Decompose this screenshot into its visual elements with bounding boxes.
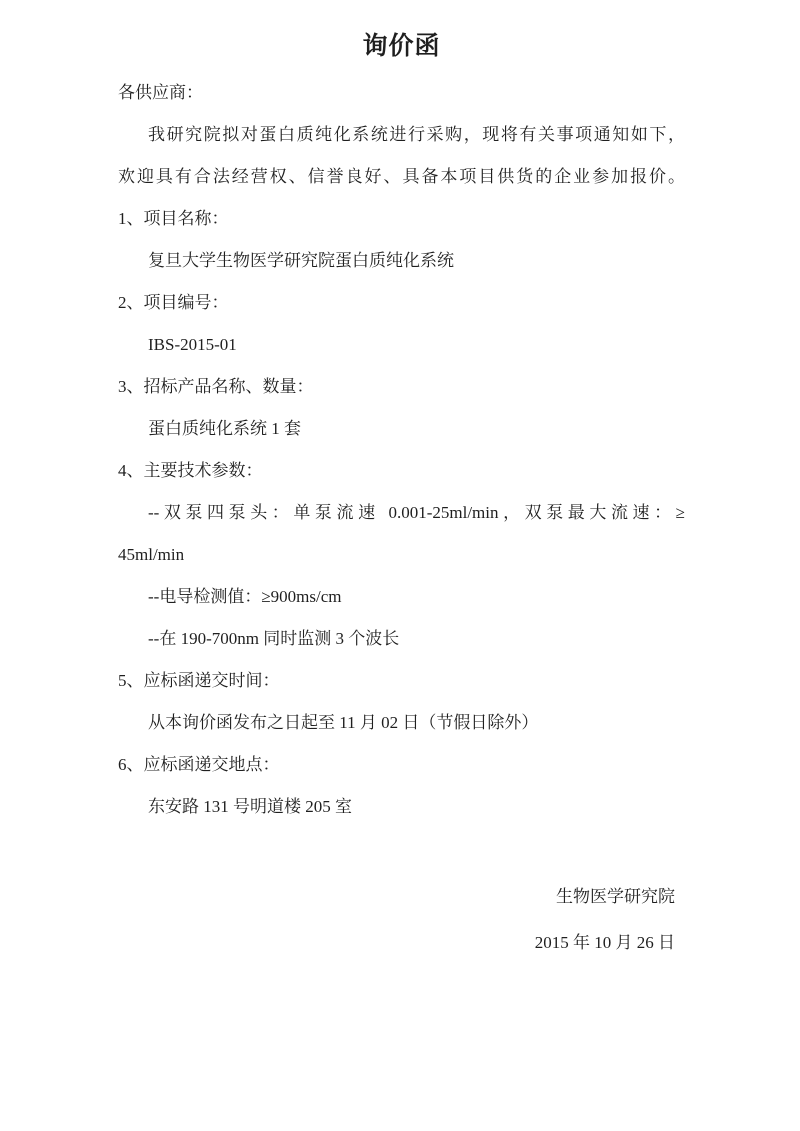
- item-4-spec-conductivity: --电导检测值：≥900ms/cm: [118, 576, 685, 618]
- intro-line-2: 欢迎具有合法经营权、信誉良好、具备本项目供货的企业参加报价。: [118, 156, 685, 198]
- item-4-spec-pumps-wrap: 45ml/min: [118, 534, 685, 576]
- signature-block: 生物医学研究院 2015 年 10 月 26 日: [118, 874, 685, 966]
- item-4-label: 4、主要技术参数：: [118, 450, 685, 492]
- item-3-label: 3、招标产品名称、数量：: [118, 366, 685, 408]
- item-6-content: 东安路 131 号明道楼 205 室: [118, 786, 685, 828]
- item-1-label: 1、项目名称：: [118, 198, 685, 240]
- item-5-label: 5、应标函递交时间：: [118, 660, 685, 702]
- signature-date: 2015 年 10 月 26 日: [118, 920, 675, 966]
- item-4-spec-wavelength: --在 190-700nm 同时监测 3 个波长: [118, 618, 685, 660]
- item-5-content: 从本询价函发布之日起至 11 月 02 日（节假日除外）: [118, 702, 685, 744]
- item-3-content: 蛋白质纯化系统 1 套: [118, 408, 685, 450]
- item-6-label: 6、应标函递交地点：: [118, 744, 685, 786]
- document-title: 询价函: [118, 26, 685, 66]
- item-2-label: 2、项目编号：: [118, 282, 685, 324]
- intro-line-1: 我研究院拟对蛋白质纯化系统进行采购，现将有关事项通知如下，: [118, 114, 685, 156]
- document-page: 询价函 各供应商： 我研究院拟对蛋白质纯化系统进行采购，现将有关事项通知如下， …: [0, 0, 800, 1131]
- item-1-content: 复旦大学生物医学研究院蛋白质纯化系统: [118, 240, 685, 282]
- signature-organization: 生物医学研究院: [118, 874, 675, 920]
- salutation: 各供应商：: [118, 72, 685, 114]
- item-2-content: IBS-2015-01: [118, 324, 685, 366]
- item-4-spec-pumps: --双泵四泵头：单泵流速 0.001-25ml/min，双泵最大流速：≥: [118, 492, 685, 534]
